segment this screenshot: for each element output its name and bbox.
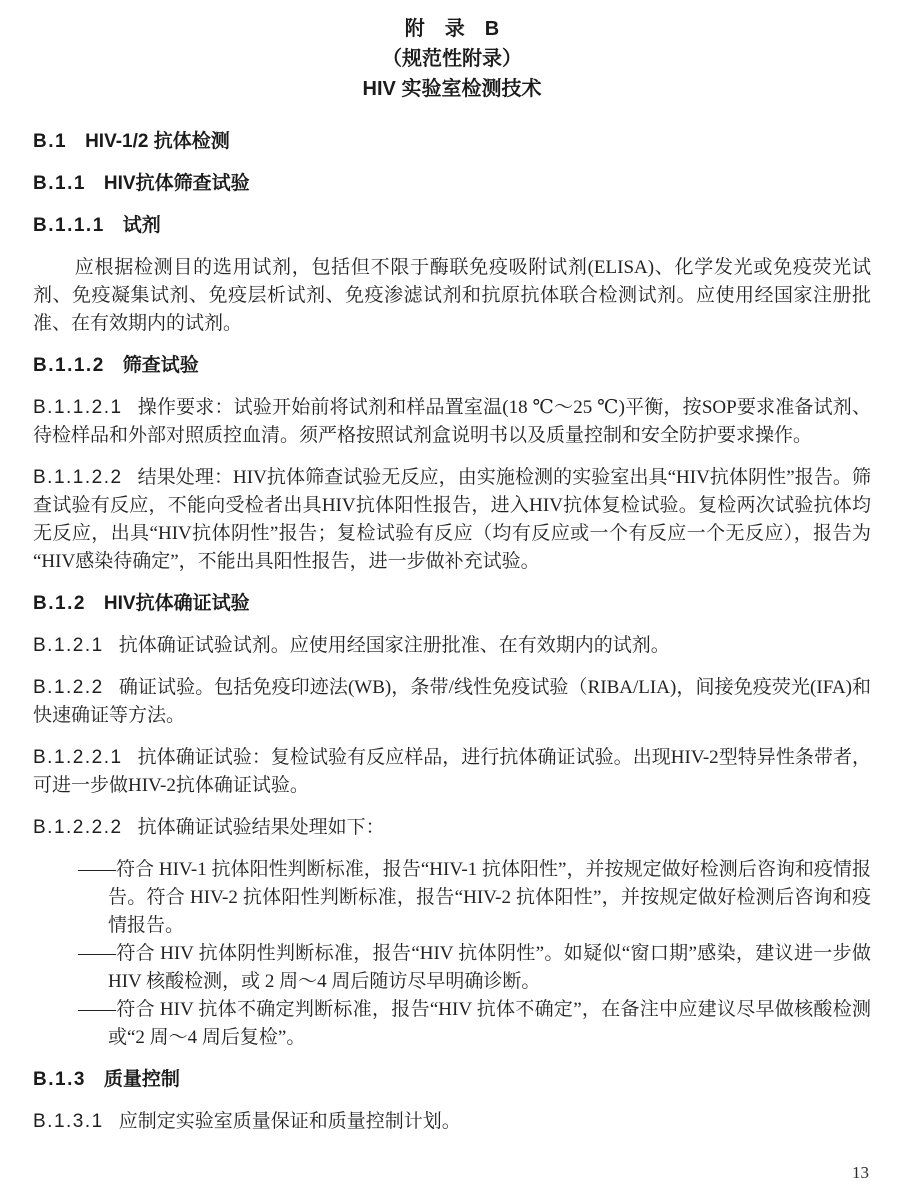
clause-number: B.1.1.1 <box>33 215 105 236</box>
page-number: 13 <box>852 1163 869 1183</box>
paragraph-text: 抗体确证试验试剂。应使用经国家注册批准、在有效期内的试剂。 <box>119 635 670 656</box>
list-item-hiv-indeterminate: ——符合 HIV 抗体不确定判断标准，报告“HIV 抗体不确定”，在备注中应建议… <box>78 996 871 1052</box>
list-item-hiv1-positive: ——符合 HIV-1 抗体阳性判断标准，报告“HIV-1 抗体阳性”，并按规定做… <box>78 856 871 940</box>
paragraph-text: 结果处理：HIV抗体筛查试验无反应，由实施检测的实验室出具“HIV抗体阴性”报告… <box>33 467 871 572</box>
paragraph-result-handling: B.1.1.2.2结果处理：HIV抗体筛查试验无反应，由实施检测的实验室出具“H… <box>33 464 871 576</box>
clause-number: B.1.2.2.1 <box>33 747 123 768</box>
paragraph-text: 应制定实验室质量保证和质量控制计划。 <box>119 1111 461 1132</box>
clause-number: B.1.3 <box>33 1069 86 1090</box>
paragraph-reagents: 应根据检测目的选用试剂，包括但不限于酶联免疫吸附试剂(ELISA)、化学发光或免… <box>33 254 871 338</box>
section-heading-b1-2: B.1.2HIV抗体确证试验 <box>33 590 871 618</box>
paragraph-operation-requirements: B.1.1.2.1操作要求：试验开始前将试剂和样品置室温(18 ℃～25 ℃)平… <box>33 394 871 450</box>
clause-number: B.1.1 <box>33 173 86 194</box>
paragraph-text: 确证试验。包括免疫印迹法(WB)，条带/线性免疫试验（RIBA/LIA)，间接免… <box>33 677 871 726</box>
appendix-subtitle: （规范性附录） <box>33 44 871 74</box>
clause-number: B.1.2.2 <box>33 677 104 698</box>
paragraph-confirmation-reagents: B.1.2.1抗体确证试验试剂。应使用经国家注册批准、在有效期内的试剂。 <box>33 632 871 660</box>
clause-number: B.1 <box>33 131 67 152</box>
paragraph-text: 抗体确证试验结果处理如下： <box>138 817 385 838</box>
paragraph-confirmation-test: B.1.2.2.1抗体确证试验：复检试验有反应样品，进行抗体确证试验。出现HIV… <box>33 744 871 800</box>
clause-number: B.1.2.2.2 <box>33 817 123 838</box>
paragraph-text: 操作要求：试验开始前将试剂和样品置室温(18 ℃～25 ℃)平衡，按SOP要求准… <box>33 397 871 446</box>
section-heading-b1-3: B.1.3质量控制 <box>33 1066 871 1094</box>
paragraph-confirmation-results-intro: B.1.2.2.2抗体确证试验结果处理如下： <box>33 814 871 842</box>
section-title: HIV抗体筛查试验 <box>104 173 250 194</box>
appendix-title: 附 录 B <box>33 14 871 44</box>
section-title: HIV抗体确证试验 <box>104 593 250 614</box>
clause-number: B.1.1.2 <box>33 355 105 376</box>
section-heading-b1-1-1: B.1.1.1试剂 <box>33 212 871 240</box>
document-page: 附 录 B （规范性附录） HIV 实验室检测技术 B.1HIV-1/2 抗体检… <box>0 0 901 1199</box>
section-title: 质量控制 <box>104 1069 180 1090</box>
clause-number: B.1.2 <box>33 593 86 614</box>
section-heading-b1-1-2: B.1.1.2筛查试验 <box>33 352 871 380</box>
section-title: 试剂 <box>123 215 161 236</box>
section-title: 筛查试验 <box>123 355 199 376</box>
clause-number: B.1.3.1 <box>33 1111 104 1132</box>
paragraph-text: 抗体确证试验：复检试验有反应样品，进行抗体确证试验。出现HIV-2型特异性条带者… <box>33 747 871 796</box>
paragraph-confirmation-methods: B.1.2.2确证试验。包括免疫印迹法(WB)，条带/线性免疫试验（RIBA/L… <box>33 674 871 730</box>
section-heading-b1-1: B.1.1HIV抗体筛查试验 <box>33 170 871 198</box>
clause-number: B.1.1.2.1 <box>33 397 123 418</box>
list-item-hiv-negative: ——符合 HIV 抗体阴性判断标准，报告“HIV 抗体阴性”。如疑似“窗口期”感… <box>78 940 871 996</box>
paragraph-quality-plan: B.1.3.1应制定实验室质量保证和质量控制计划。 <box>33 1108 871 1136</box>
document-title-block: 附 录 B （规范性附录） HIV 实验室检测技术 <box>33 14 871 104</box>
section-heading-b1: B.1HIV-1/2 抗体检测 <box>33 128 871 156</box>
clause-number: B.1.1.2.2 <box>33 467 123 488</box>
document-subject-title: HIV 实验室检测技术 <box>33 74 871 104</box>
result-criteria-list: ——符合 HIV-1 抗体阳性判断标准，报告“HIV-1 抗体阳性”，并按规定做… <box>33 856 871 1052</box>
section-title: HIV-1/2 抗体检测 <box>85 131 230 152</box>
clause-number: B.1.2.1 <box>33 635 104 656</box>
